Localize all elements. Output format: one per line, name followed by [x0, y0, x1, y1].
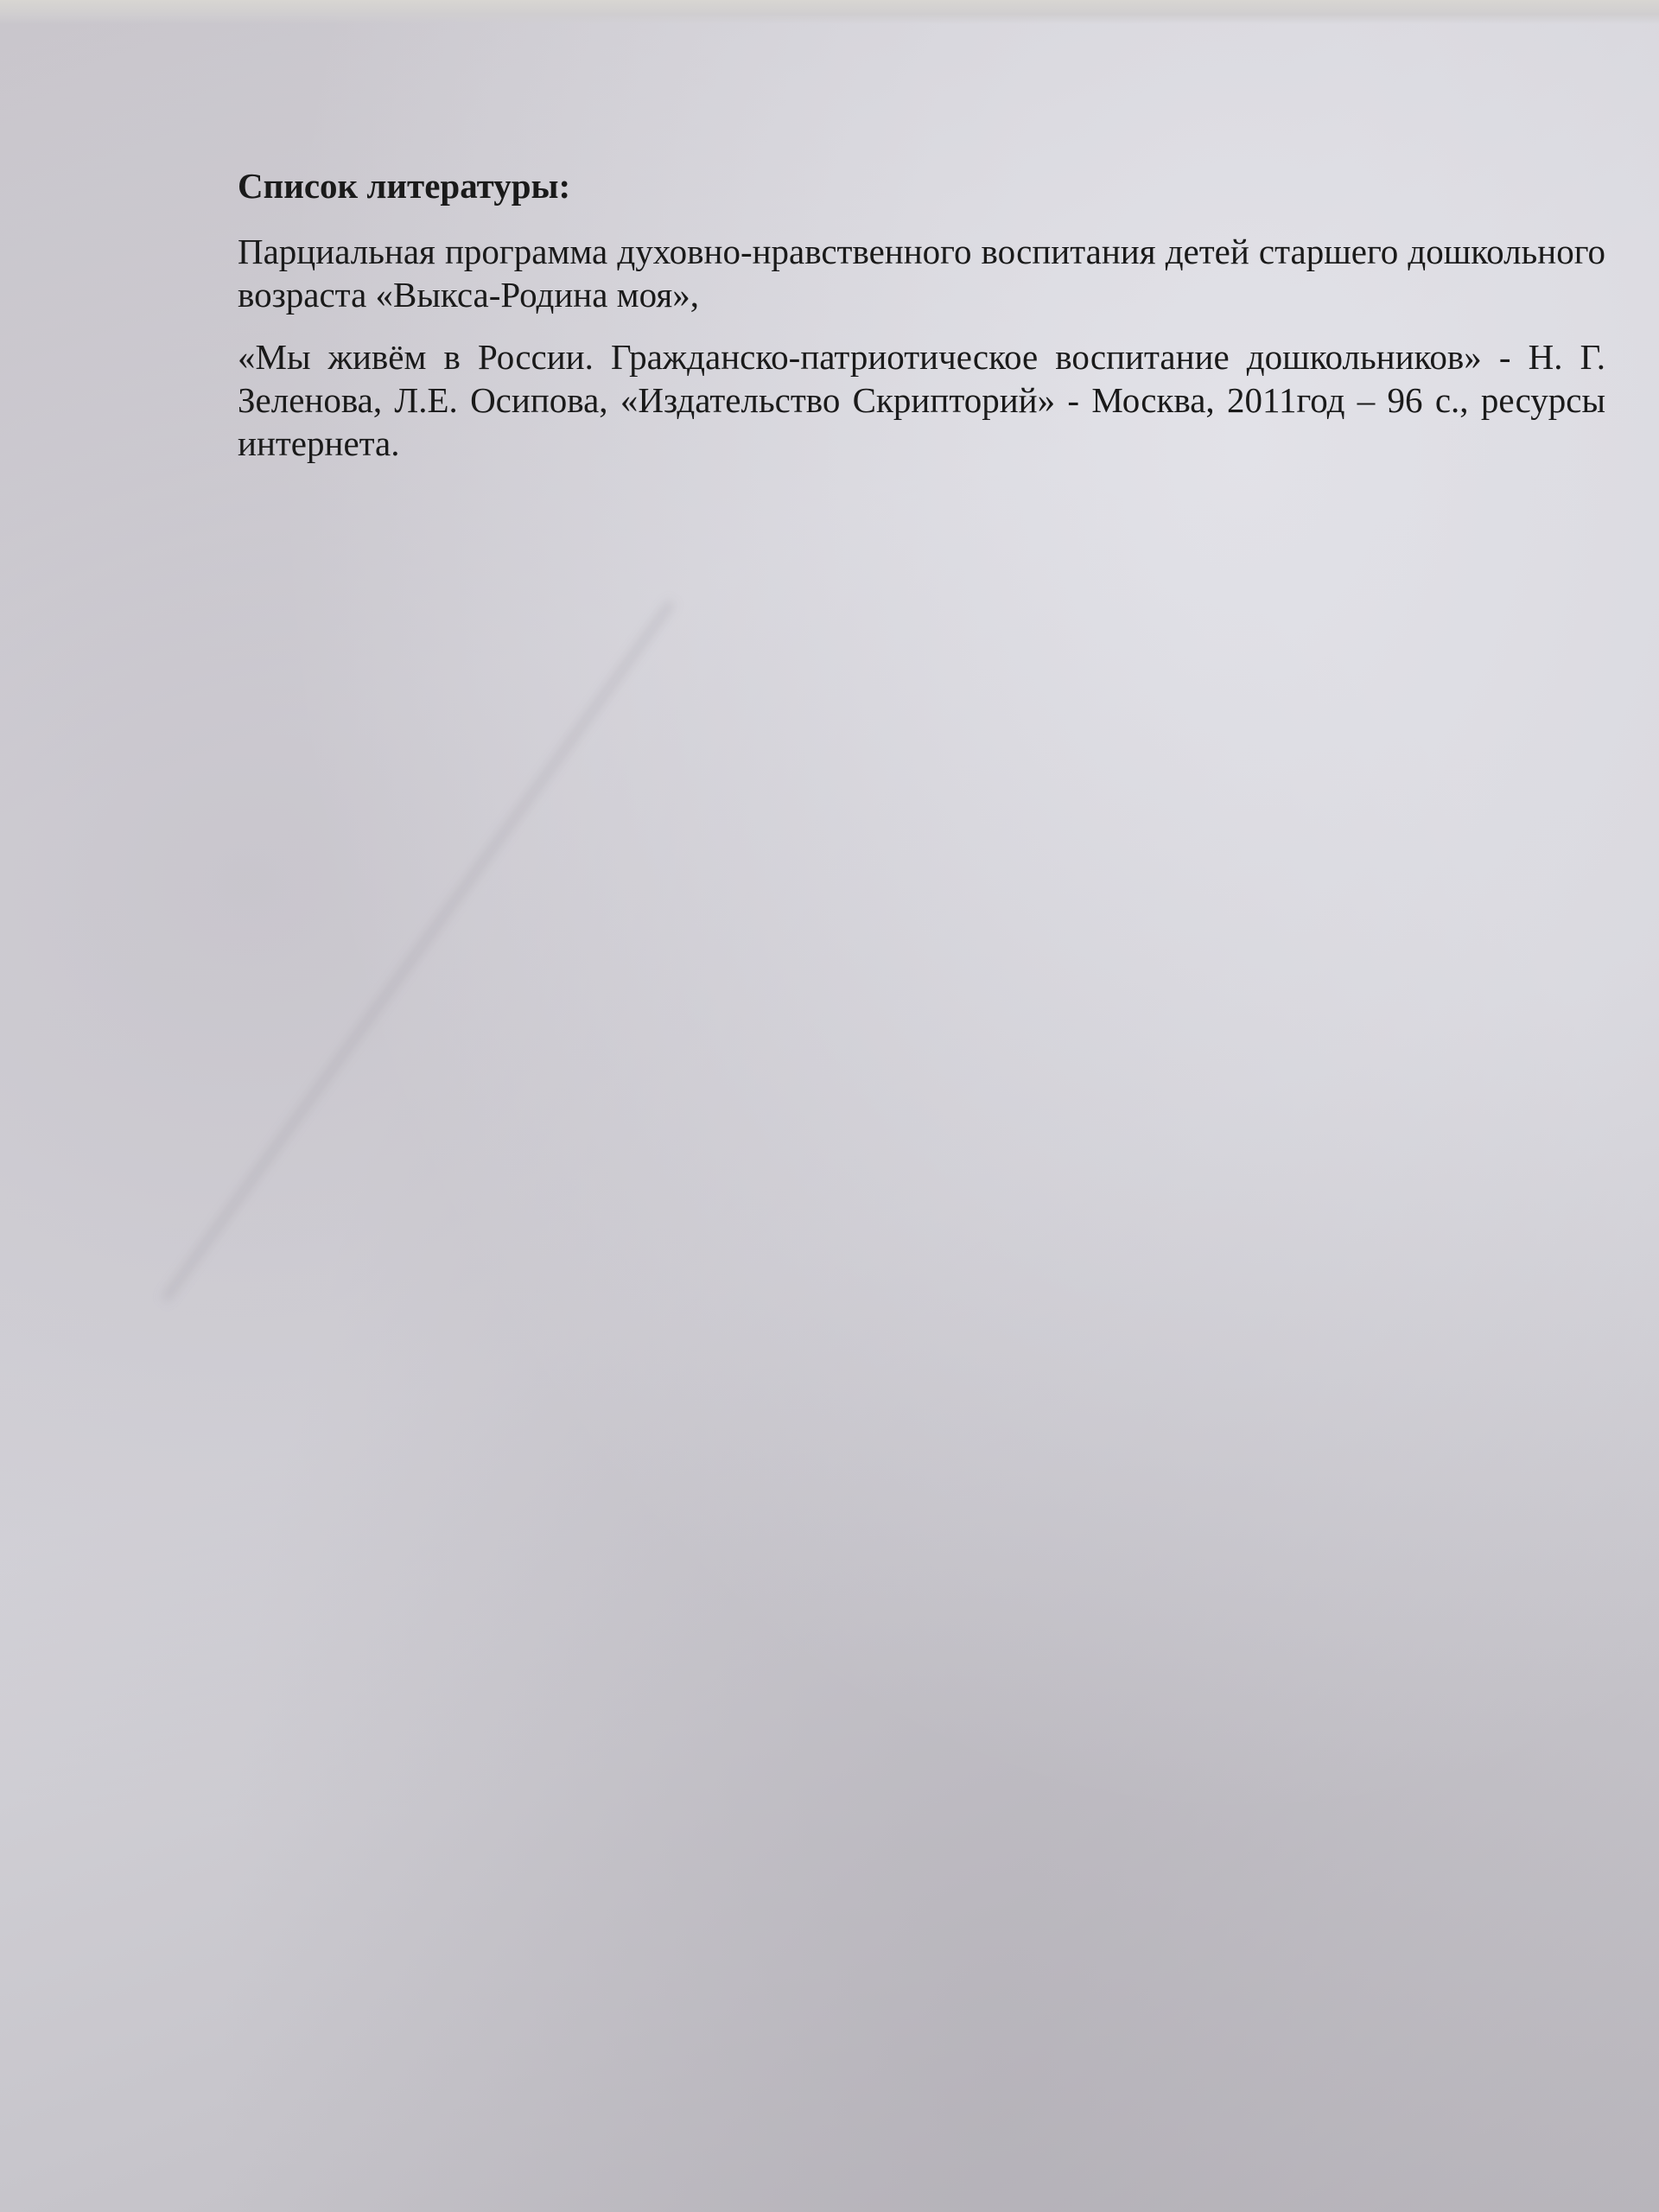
bibliography-heading: Список литературы: — [238, 164, 1605, 207]
document-body: Список литературы: Парциальная программа… — [238, 164, 1605, 484]
paper-crease-shadow — [161, 599, 676, 1303]
reference-item-2: «Мы живём в России. Гражданско-патриотич… — [238, 335, 1605, 465]
sheet-top-edge — [0, 0, 1659, 24]
paper-sheet: Список литературы: Парциальная программа… — [0, 0, 1659, 2212]
reference-item-1: Парциальная программа духовно-нравственн… — [238, 230, 1605, 316]
